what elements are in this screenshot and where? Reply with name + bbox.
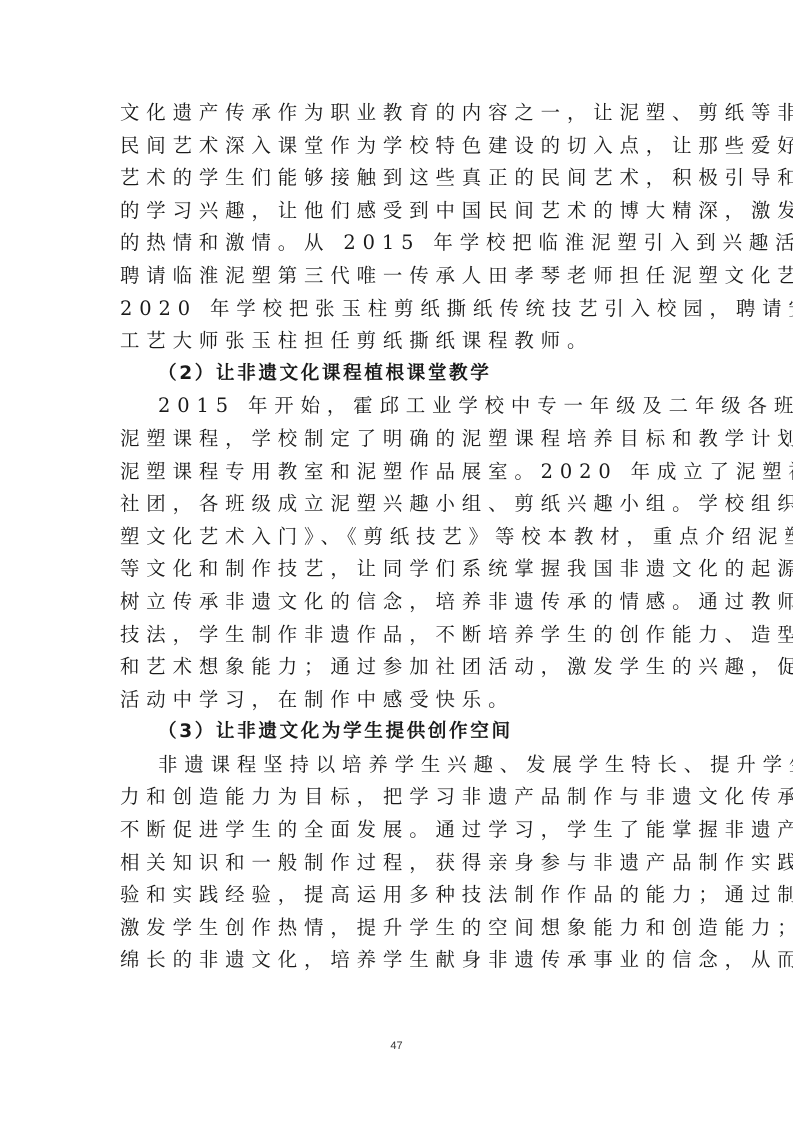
text-line: 激发学生创作热情，提升学生的空间想象能力和创造能力；通过感受 xyxy=(120,912,674,945)
text-line: 民间艺术深入课堂作为学校特色建设的切入点，让那些爱好各种民间 xyxy=(120,130,674,163)
text-line: 聘请临淮泥塑第三代唯一传承人田孝琴老师担任泥塑文化艺术老师。 xyxy=(120,260,674,293)
text-line: 树立传承非遗文化的信念，培养非遗传承的情感。通过教师教授非遗 xyxy=(120,586,674,619)
text-line: 的学习兴趣，让他们感受到中国民间艺术的博大精深，激发他们学习 xyxy=(120,195,674,228)
text-line: 泥塑课程，学校制定了明确的泥塑课程培养目标和教学计划，建立了 xyxy=(120,423,674,456)
text-line: 验和实践经验，提高运用多种技法制作作品的能力；通过制作活动， xyxy=(120,879,674,912)
text-line: 等文化和制作技艺，让同学们系统掌握我国非遗文化的起源和历史， xyxy=(120,553,674,586)
text-line: 活动中学习，在制作中感受快乐。 xyxy=(120,684,674,717)
text-line: 2020 年学校把张玉柱剪纸撕纸传统技艺引入校园，聘请安徽省民间 xyxy=(120,293,674,326)
text-line: 和艺术想象能力；通过参加社团活动，激发学生的兴趣，促进学生在 xyxy=(120,651,674,684)
paragraph: 非遗课程坚持以培养学生兴趣、发展学生特长、提升学生审美能 力和创造能力为目标，把… xyxy=(120,749,674,977)
text-line: 非遗课程坚持以培养学生兴趣、发展学生特长、提升学生审美能 xyxy=(120,749,674,782)
text-line: 绵长的非遗文化，培养学生献身非遗传承事业的信念，从而达到传承 xyxy=(120,944,674,977)
document-page: 文化遗产传承作为职业教育的内容之一，让泥塑、剪纸等非遗文化和 民间艺术深入课堂作… xyxy=(120,97,674,977)
text-line: 不断促进学生的全面发展。通过学习，学生了能掌握非遗产品制作的 xyxy=(120,814,674,847)
section-heading: （2）让非遗文化课程植根课堂教学 xyxy=(120,358,674,391)
paragraph: 文化遗产传承作为职业教育的内容之一，让泥塑、剪纸等非遗文化和 民间艺术深入课堂作… xyxy=(120,97,674,358)
text-line: 技法，学生制作非遗作品，不断培养学生的创作能力、造型设计能力 xyxy=(120,619,674,652)
text-line: 塑文化艺术入门》、《剪纸技艺》等校本教材，重点介绍泥塑、剪纸 xyxy=(120,521,674,554)
section-heading: （3）让非遗文化为学生提供创作空间 xyxy=(120,716,674,749)
text-line: 文化遗产传承作为职业教育的内容之一，让泥塑、剪纸等非遗文化和 xyxy=(120,97,674,130)
page-number: 47 xyxy=(0,1040,793,1052)
text-line: 工艺大师张玉柱担任剪纸撕纸课程教师。 xyxy=(120,325,674,358)
text-line: 泥塑课程专用教室和泥塑作品展室。2020 年成立了泥塑社团、剪纸 xyxy=(120,456,674,489)
text-line: 2015 年开始，霍邱工业学校中专一年级及二年级各班中开设了 xyxy=(120,390,674,423)
text-line: 相关知识和一般制作过程，获得亲身参与非遗产品制作实践的积极体 xyxy=(120,847,674,880)
text-line: 力和创造能力为目标，把学习非遗产品制作与非遗文化传承相结合， xyxy=(120,781,674,814)
paragraph: 2015 年开始，霍邱工业学校中专一年级及二年级各班中开设了 泥塑课程，学校制定… xyxy=(120,390,674,716)
text-line: 社团，各班级成立泥塑兴趣小组、剪纸兴趣小组。学校组织编写《泥 xyxy=(120,488,674,521)
text-line: 艺术的学生们能够接触到这些真正的民间艺术，积极引导和激发他们 xyxy=(120,162,674,195)
text-line: 的热情和激情。从 2015 年学校把临淮泥塑引入到兴趣活动的课堂中， xyxy=(120,227,674,260)
